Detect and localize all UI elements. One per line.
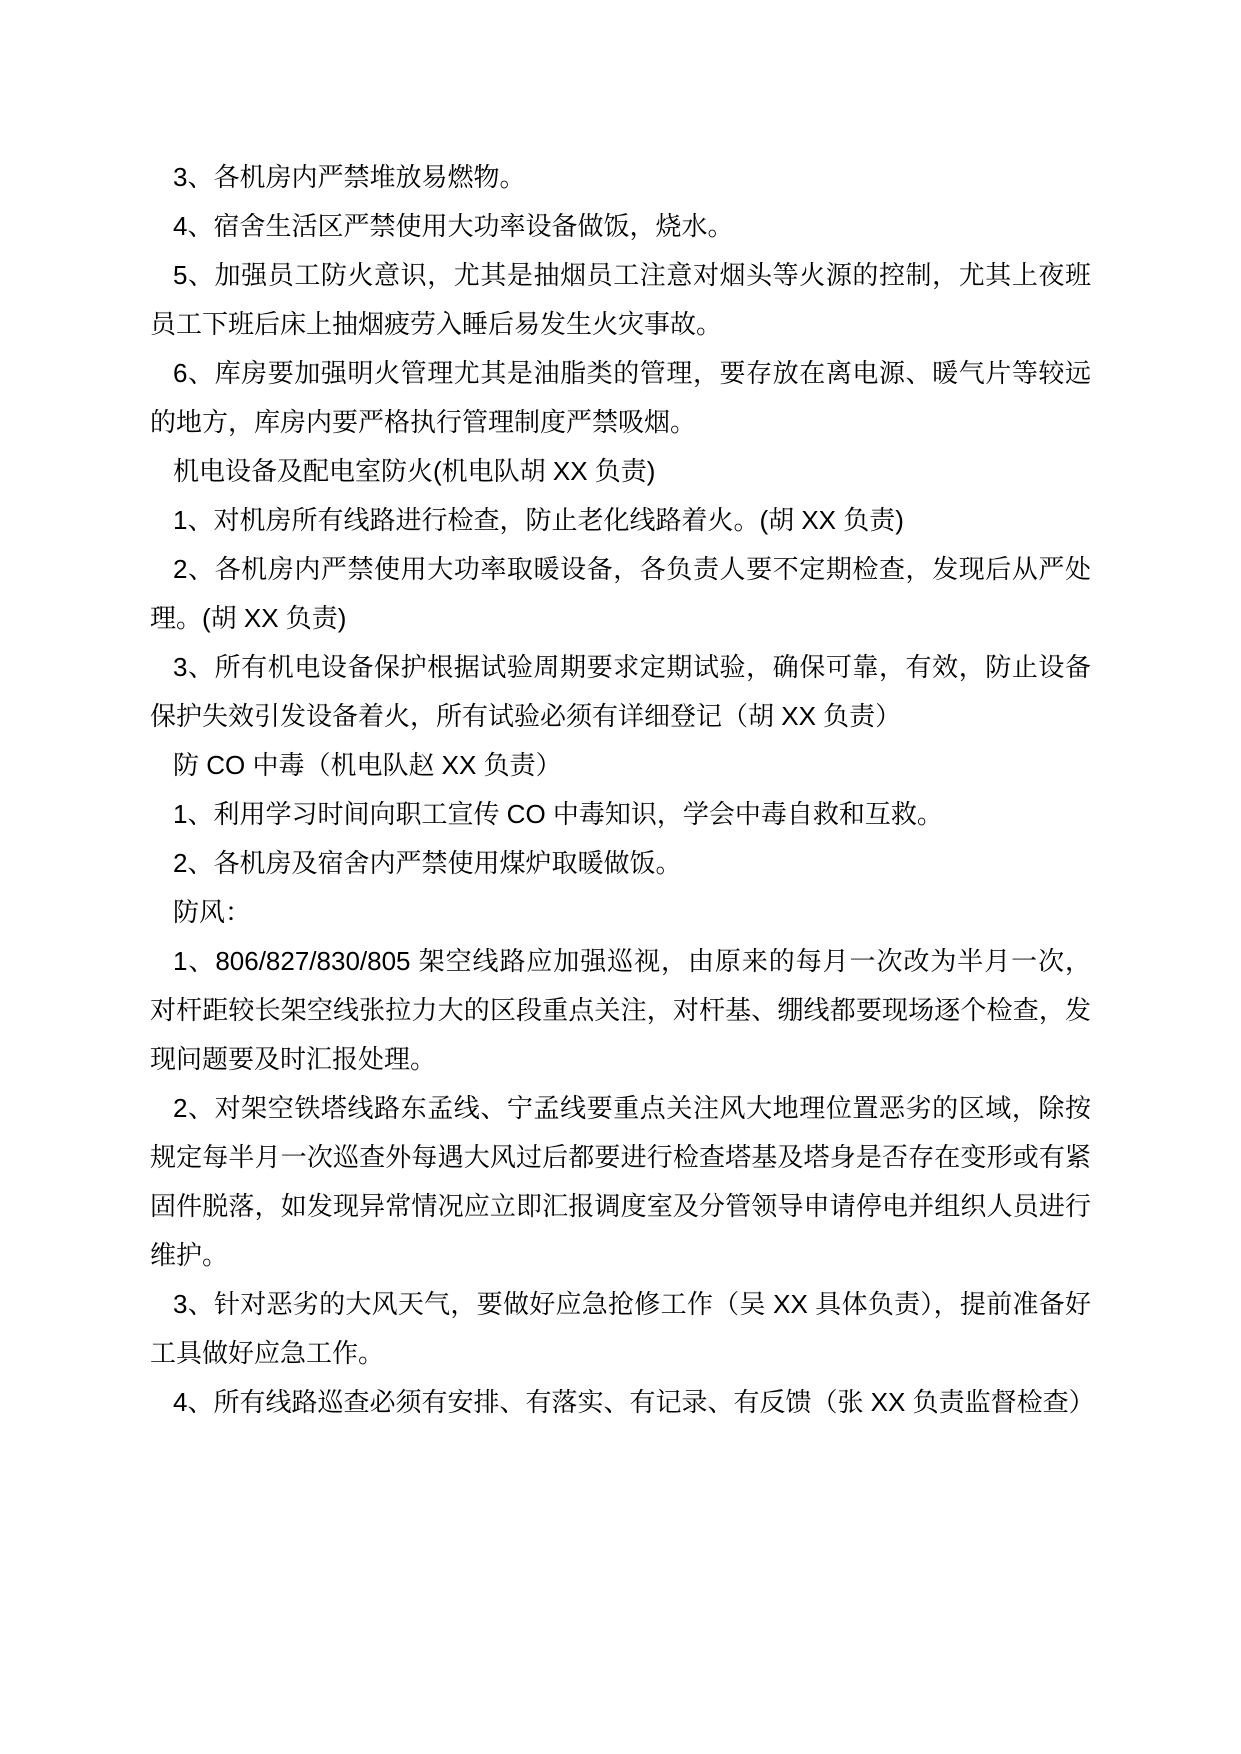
paragraph-list-item: 3、所有机电设备保护根据试验周期要求定期试验，确保可靠，有效，防止设备保护失效引…: [150, 643, 1091, 741]
paragraph-list-item: 3、针对恶劣的大风天气，要做好应急抢修工作（吴 XX 具体负责），提前准备好工具…: [150, 1280, 1091, 1378]
paragraph-list-item: 2、对架空铁塔线路东孟线、宁孟线要重点关注风大地理位置恶劣的区域，除按规定每半月…: [150, 1084, 1091, 1280]
paragraph-list-item: 1、806/827/830/805 架空线路应加强巡视，由原来的每月一次改为半月…: [150, 937, 1091, 1084]
paragraph-list-item: 5、加强员工防火意识，尤其是抽烟员工注意对烟头等火源的控制，尤其上夜班员工下班后…: [150, 251, 1091, 349]
paragraph-list-item: 3、各机房内严禁堆放易燃物。: [150, 153, 1091, 202]
document-body: 3、各机房内严禁堆放易燃物。 4、宿舍生活区严禁使用大功率设备做饭，烧水。 5、…: [150, 153, 1091, 1427]
paragraph-list-item: 6、库房要加强明火管理尤其是油脂类的管理，要存放在离电源、暖气片等较远的地方，库…: [150, 349, 1091, 447]
document-page: 3、各机房内严禁堆放易燃物。 4、宿舍生活区严禁使用大功率设备做饭，烧水。 5、…: [0, 0, 1241, 1754]
paragraph-list-item: 2、各机房内严禁使用大功率取暖设备，各负责人要不定期检查，发现后从严处理。(胡 …: [150, 545, 1091, 643]
paragraph-list-item: 1、利用学习时间向职工宣传 CO 中毒知识，学会中毒自救和互救。: [150, 790, 1091, 839]
paragraph-list-item: 4、宿舍生活区严禁使用大功率设备做饭，烧水。: [150, 202, 1091, 251]
paragraph-list-item: 4、所有线路巡查必须有安排、有落实、有记录、有反馈（张 XX 负责监督检查）: [150, 1378, 1091, 1427]
paragraph-list-item: 1、对机房所有线路进行检查，防止老化线路着火。(胡 XX 负责): [150, 496, 1091, 545]
paragraph-list-item: 2、各机房及宿舍内严禁使用煤炉取暖做饭。: [150, 839, 1091, 888]
paragraph-section-heading: 防风：: [150, 888, 1091, 937]
paragraph-section-heading: 防 CO 中毒（机电队赵 XX 负责）: [150, 741, 1091, 790]
paragraph-section-heading: 机电设备及配电室防火(机电队胡 XX 负责): [150, 447, 1091, 496]
